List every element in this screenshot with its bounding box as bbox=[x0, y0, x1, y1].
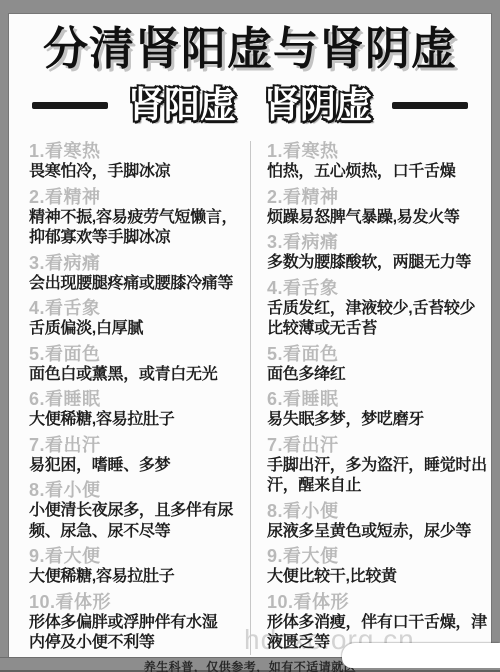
item-label: 9.看大便 bbox=[267, 546, 491, 566]
item-text: 大便稀糖,容易拉肚子 bbox=[29, 567, 250, 588]
list-item: 3.看病痛 会出现腰腿疼痛或腰膝冷痛等 bbox=[29, 253, 250, 295]
list-item: 1.看寒热 怕热，五心烦热，口千舌燥 bbox=[267, 141, 491, 183]
list-item: 4.看舌象 舌质发红，津液较少,舌苔较少 比较薄或无舌苔 bbox=[267, 278, 491, 340]
item-text: 大便稀糖,容易拉肚子 bbox=[29, 410, 250, 431]
item-label: 3.看病痛 bbox=[267, 232, 491, 252]
item-text: 面色多绛红 bbox=[267, 365, 491, 386]
item-label: 7.看出汗 bbox=[267, 435, 491, 455]
list-item: 6.看睡眠 易失眠多梦，梦呓磨牙 bbox=[267, 389, 491, 431]
list-item: 2.看精神 烦躁易怒脾气暴躁,易发火等 bbox=[267, 187, 491, 229]
item-text: 畏寒怕冷，手脚冰凉 bbox=[29, 162, 250, 183]
white-sticker-blob bbox=[342, 643, 500, 668]
item-label: 7.看出汗 bbox=[29, 435, 250, 455]
item-label: 2.看精神 bbox=[29, 187, 250, 207]
item-label: 4.看舌象 bbox=[29, 298, 250, 318]
poster: 分清肾阳虚与肾阴虚 肾阳虚 肾阴虚 hdcxc.org.cn 1.看寒热 畏寒怕… bbox=[0, 0, 500, 672]
item-label: 1.看寒热 bbox=[29, 141, 250, 161]
list-item: 2.看精神 精神不振,容易疲劳气短懒言， 抑郁寡欢等手脚冰凉 bbox=[29, 187, 250, 249]
list-item: 10.看体形 形体多偏胖或浮肿伴有水湿 内停及小便不利等 bbox=[29, 592, 250, 654]
item-label: 5.看面色 bbox=[267, 344, 491, 364]
list-item: 3.看病痛 多数为腰膝酸软，两腿无力等 bbox=[267, 232, 491, 274]
item-text: 怕热，五心烦热，口千舌燥 bbox=[267, 162, 491, 183]
list-item: 1.看寒热 畏寒怕冷，手脚冰凉 bbox=[29, 141, 250, 183]
item-text: 小便清长夜尿多，且多伴有尿 频、尿急、尿不尽等 bbox=[29, 501, 250, 542]
list-item: 8.看小便 小便清长夜尿多，且多伴有尿 频、尿急、尿不尽等 bbox=[29, 480, 250, 542]
column-header-yang: 肾阳虚 bbox=[128, 85, 236, 125]
item-label: 1.看寒热 bbox=[267, 141, 491, 161]
yin-column: 1.看寒热 怕热，五心烦热，口千舌燥 2.看精神 烦躁易怒脾气暴躁,易发火等 3… bbox=[251, 139, 491, 655]
subtitle-row: 肾阳虚 肾阴虚 bbox=[9, 85, 491, 125]
item-text: 舌质偏淡,白厚腻 bbox=[29, 319, 250, 340]
item-text: 会出现腰腿疼痛或腰膝冷痛等 bbox=[29, 274, 250, 295]
page-title: 分清肾阳虚与肾阴虚 bbox=[9, 21, 491, 77]
list-item: 7.看出汗 易犯困，嗜睡、多梦 bbox=[29, 435, 250, 477]
item-text: 易犯困，嗜睡、多梦 bbox=[29, 456, 250, 477]
item-label: 10.看体形 bbox=[267, 592, 491, 612]
item-label: 10.看体形 bbox=[29, 592, 250, 612]
list-item: 6.看睡眠 大便稀糖,容易拉肚子 bbox=[29, 389, 250, 431]
left-dash-rule bbox=[32, 102, 108, 109]
item-text: 形体多偏胖或浮肿伴有水湿 内停及小便不利等 bbox=[29, 613, 250, 654]
right-dash-rule bbox=[392, 102, 468, 109]
list-item: 4.看舌象 舌质偏淡,白厚腻 bbox=[29, 298, 250, 340]
item-text: 尿液多呈黄色或短赤，尿少等 bbox=[267, 522, 491, 543]
footer-text: 养生科普，仅供参考，如有不适请就医 bbox=[144, 660, 357, 672]
item-label: 6.看睡眠 bbox=[267, 389, 491, 409]
list-item: 5.看面色 面色多绛红 bbox=[267, 344, 491, 386]
list-item: 9.看大便 大便比较干,比较黄 bbox=[267, 546, 491, 588]
item-label: 6.看睡眠 bbox=[29, 389, 250, 409]
list-item: 8.看小便 尿液多呈黄色或短赤，尿少等 bbox=[267, 501, 491, 543]
yang-column: 1.看寒热 畏寒怕冷，手脚冰凉 2.看精神 精神不振,容易疲劳气短懒言， 抑郁寡… bbox=[9, 139, 250, 655]
comparison-columns: 1.看寒热 畏寒怕冷，手脚冰凉 2.看精神 精神不振,容易疲劳气短懒言， 抑郁寡… bbox=[9, 139, 491, 655]
item-label: 8.看小便 bbox=[267, 501, 491, 521]
item-text: 烦躁易怒脾气暴躁,易发火等 bbox=[267, 208, 491, 229]
item-text: 面色白或薰黑，或青白无光 bbox=[29, 365, 250, 386]
item-label: 8.看小便 bbox=[29, 480, 250, 500]
item-text: 大便比较干,比较黄 bbox=[267, 567, 491, 588]
item-label: 4.看舌象 bbox=[267, 278, 491, 298]
item-text: 多数为腰膝酸软，两腿无力等 bbox=[267, 253, 491, 274]
item-label: 5.看面色 bbox=[29, 344, 250, 364]
list-item: 5.看面色 面色白或薰黑，或青白无光 bbox=[29, 344, 250, 386]
item-label: 2.看精神 bbox=[267, 187, 491, 207]
item-text: 精神不振,容易疲劳气短懒言， 抑郁寡欢等手脚冰凉 bbox=[29, 208, 250, 249]
item-label: 3.看病痛 bbox=[29, 253, 250, 273]
list-item: 7.看出汗 手脚出汗，多为盗汗，睡觉时出 汗，醒来自止 bbox=[267, 435, 491, 497]
item-text: 舌质发红，津液较少,舌苔较少 比较薄或无舌苔 bbox=[267, 299, 491, 340]
content-panel: 分清肾阳虚与肾阴虚 肾阳虚 肾阴虚 hdcxc.org.cn 1.看寒热 畏寒怕… bbox=[8, 13, 492, 658]
list-item: 9.看大便 大便稀糖,容易拉肚子 bbox=[29, 546, 250, 588]
item-text: 手脚出汗，多为盗汗，睡觉时出 汗，醒来自止 bbox=[267, 456, 491, 497]
item-text: 易失眠多梦，梦呓磨牙 bbox=[267, 410, 491, 431]
column-header-yin: 肾阴虚 bbox=[264, 85, 372, 125]
item-label: 9.看大便 bbox=[29, 546, 250, 566]
